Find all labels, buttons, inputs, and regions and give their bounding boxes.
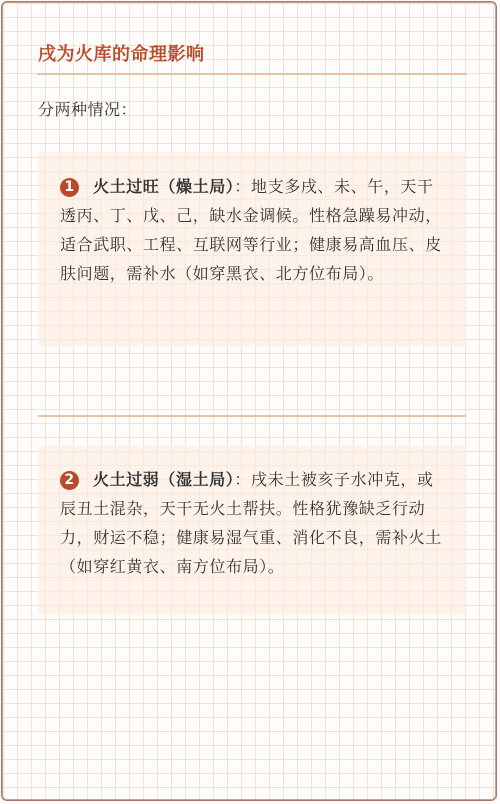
case-separator: ：: [234, 470, 251, 489]
page-title: 戌为火库的命理影响: [38, 40, 205, 66]
number-badge-icon: 2: [60, 471, 79, 490]
section-divider: [38, 415, 466, 417]
intro-text: 分两种情况：: [38, 97, 137, 120]
case-card-2: 2火土过弱（湿土局）：戌未土被亥子水冲克，或辰丑土混杂，天干无火土帮扶。性格犹豫…: [38, 445, 466, 615]
number-badge-icon: 1: [60, 178, 79, 197]
case-heading-1: 火土过旺（燥土局）: [93, 177, 234, 196]
case-text-2: 2火土过弱（湿土局）：戌未土被亥子水冲克，或辰丑土混杂，天干无火土帮扶。性格犹豫…: [60, 465, 444, 581]
case-heading-2: 火土过弱（湿土局）: [93, 470, 234, 489]
case-text-1: 1火土过旺（燥土局）：地支多戌、未、午，天干透丙、丁、戊、己，缺水金调候。性格急…: [60, 172, 444, 288]
case-separator: ：: [234, 177, 251, 196]
document-page: 戌为火库的命理影响 分两种情况： 1火土过旺（燥土局）：地支多戌、未、午，天干透…: [1, 1, 497, 801]
case-card-1: 1火土过旺（燥土局）：地支多戌、未、午，天干透丙、丁、戊、己，缺水金调候。性格急…: [38, 152, 466, 347]
title-divider: [37, 73, 467, 75]
